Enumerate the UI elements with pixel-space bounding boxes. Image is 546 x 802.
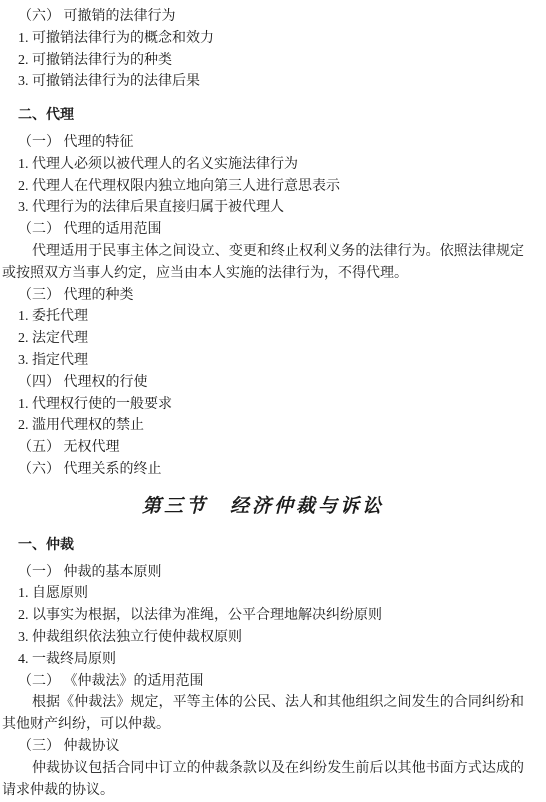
outline-list-item: 3. 仲裁组织依法独立行使仲裁权原则: [2, 627, 524, 649]
outline-list-item: （六） 代理关系的终止: [2, 459, 524, 481]
outline-list-item: 3. 可撤销法律行为的法律后果: [2, 71, 524, 93]
outline-list-item: （一） 代理的特征: [2, 132, 524, 154]
body-paragraph: 仲裁协议包括合同中订立的仲裁条款以及在纠纷发生前后以其他书面方式达成的请求仲裁的…: [2, 758, 524, 802]
document-page: （六） 可撤销的法律行为1. 可撤销法律行为的概念和效力2. 可撤销法律行为的种…: [0, 0, 546, 802]
outline-list-item: 2. 法定代理: [2, 328, 524, 350]
outline-list-item: （三） 代理的种类: [2, 285, 524, 307]
outline-list-item: （五） 无权代理: [2, 437, 524, 459]
subsection-heading: 一、仲裁: [2, 534, 524, 556]
outline-list-item: 1. 可撤销法律行为的概念和效力: [2, 28, 524, 50]
outline-list-item: 1. 代理权行使的一般要求: [2, 394, 524, 416]
outline-list-item: 2. 可撤销法律行为的种类: [2, 50, 524, 72]
body-paragraph: 根据《仲裁法》规定，平等主体的公民、法人和其他组织之间发生的合同纠纷和其他财产纠…: [2, 692, 524, 736]
outline-list-item: （一） 仲裁的基本原则: [2, 562, 524, 584]
outline-list-item: 2. 以事实为根据，以法律为准绳，公平合理地解决纠纷原则: [2, 605, 524, 627]
outline-list-item: （二） 代理的适用范围: [2, 219, 524, 241]
outline-list-item: 3. 代理行为的法律后果直接归属于被代理人: [2, 197, 524, 219]
outline-list-item: 2. 滥用代理权的禁止: [2, 415, 524, 437]
section-title: 第三节 经济仲裁与诉讼: [2, 494, 524, 520]
document-content: （六） 可撤销的法律行为1. 可撤销法律行为的概念和效力2. 可撤销法律行为的种…: [2, 6, 524, 801]
outline-list-item: （六） 可撤销的法律行为: [2, 6, 524, 28]
outline-list-item: 2. 代理人在代理权限内独立地向第三人进行意思表示: [2, 176, 524, 198]
body-paragraph: 代理适用于民事主体之间设立、变更和终止权利义务的法律行为。依照法律规定或按照双方…: [2, 241, 524, 285]
outline-list-item: 4. 一裁终局原则: [2, 649, 524, 671]
outline-list-item: （四） 代理权的行使: [2, 372, 524, 394]
outline-list-item: 1. 自愿原则: [2, 583, 524, 605]
outline-list-item: 3. 指定代理: [2, 350, 524, 372]
outline-list-item: 1. 委托代理: [2, 306, 524, 328]
outline-list-item: （二） 《仲裁法》的适用范围: [2, 671, 524, 693]
subsection-heading: 二、代理: [2, 104, 524, 126]
outline-list-item: （三） 仲裁协议: [2, 736, 524, 758]
outline-list-item: 1. 代理人必须以被代理人的名义实施法律行为: [2, 154, 524, 176]
